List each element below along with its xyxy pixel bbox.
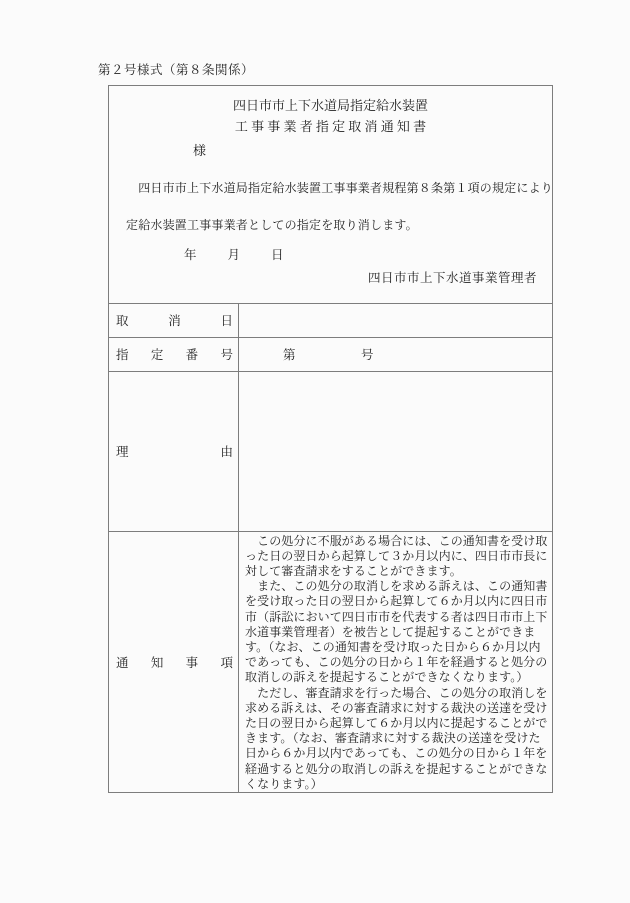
cancellation-date-value xyxy=(239,304,552,337)
document-page: 第２号様式（第８条関係） 四日市市上下水道局指定給水装置 工事事業者指定取消通知… xyxy=(0,0,630,903)
notice-body-text: 四日市市上下水道局指定給水装置工事事業者規程第８条第１項の規定により、指 定給水… xyxy=(109,170,552,244)
designation-number-value: 第 号 xyxy=(239,338,552,372)
date-line: 年 月 日 xyxy=(184,246,552,265)
notice-body-line2: 定給水装置工事事業者としての指定を取り消します。 xyxy=(126,207,546,244)
notice-paragraph-2: また、この処分の取消しを求める訴えは、この通知書を受け取った日の翌日から起算して… xyxy=(245,579,549,685)
notice-form-table: 四日市市上下水道局指定給水装置 工事事業者指定取消通知書 様 四日市市上下水道局… xyxy=(108,85,553,793)
document-title-line2: 工事事業者指定取消通知書 xyxy=(109,116,552,137)
reason-value xyxy=(239,372,552,530)
document-title: 四日市市上下水道局指定給水装置 工事事業者指定取消通知書 xyxy=(109,95,552,137)
row-label-designation-number: 指定番号 xyxy=(109,338,239,372)
notice-paragraph-3: ただし、審査請求を行った場合、この処分の取消しを求める訴えは、その審査請求に対す… xyxy=(245,686,549,792)
document-title-line1: 四日市市上下水道局指定給水装置 xyxy=(109,95,552,116)
table-row-cancellation-date: 取消日 xyxy=(109,303,552,337)
notice-items-value: この処分に不服がある場合には、この通知書を受け取った日の翌日から起算して３か月以… xyxy=(239,532,552,792)
row-label-notice-items: 通知事項 xyxy=(109,532,239,792)
notice-paragraph-1: この処分に不服がある場合には、この通知書を受け取った日の翌日から起算して３か月以… xyxy=(245,534,549,580)
notice-header-section: 四日市市上下水道局指定給水装置 工事事業者指定取消通知書 様 四日市市上下水道局… xyxy=(109,86,552,303)
form-number-label: 第２号様式（第８条関係） xyxy=(98,60,254,78)
row-label-reason: 理由 xyxy=(109,372,239,530)
table-row-designation-number: 指定番号 第 号 xyxy=(109,337,552,372)
addressee-suffix: 様 xyxy=(193,143,206,158)
addressee-line: 様 xyxy=(193,141,552,160)
notice-body-line1: 四日市市上下水道局指定給水装置工事事業者規程第８条第１項の規定により、指 xyxy=(126,170,546,207)
issuer-line: 四日市市上下水道事業管理者 xyxy=(109,269,552,288)
table-row-reason: 理由 xyxy=(109,371,552,530)
table-row-notice-items: 通知事項 この処分に不服がある場合には、この通知書を受け取った日の翌日から起算し… xyxy=(109,531,552,792)
row-label-cancellation-date: 取消日 xyxy=(109,304,239,337)
